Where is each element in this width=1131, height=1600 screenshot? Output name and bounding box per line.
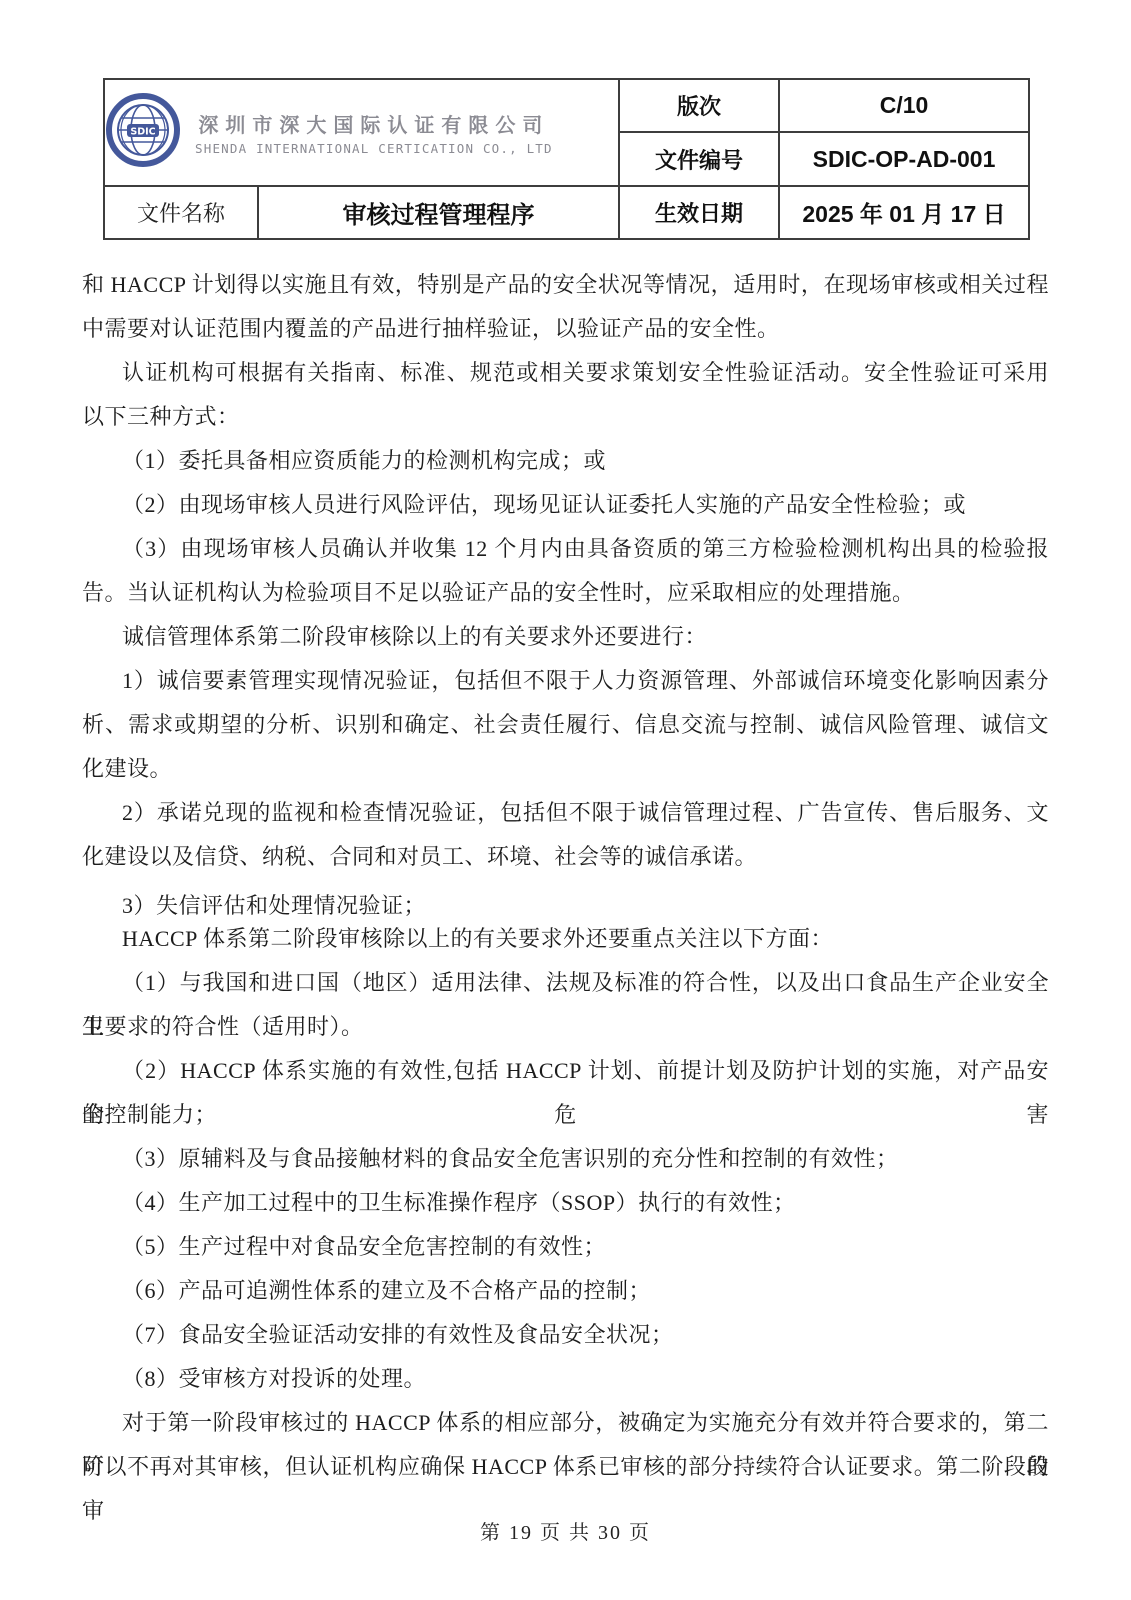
body-line: （1）与我国和进口国（地区）适用法律、法规及标准的符合性，以及出口食品生产企业安… bbox=[82, 961, 1049, 1005]
body-line: 告。当认证机构认为检验项目不足以验证产品的安全性时，应采取相应的处理措施。 bbox=[82, 571, 1049, 615]
doc-no-label: 文件编号 bbox=[619, 132, 779, 186]
body-line: （8）受审核方对投诉的处理。 bbox=[82, 1357, 1049, 1401]
body-line: 对于第一阶段审核过的 HACCP 体系的相应部分，被确定为实施充分有效并符合要求… bbox=[82, 1401, 1049, 1445]
header-table: SDIC 深圳市深大国际认证有限公司 SHENDA INTERNATIONAL … bbox=[103, 78, 1030, 240]
body-line: 以下三种方式： bbox=[82, 395, 1049, 439]
body-line: 生要求的符合性（适用时）。 bbox=[82, 1005, 1049, 1049]
body-line: 中需要对认证范围内覆盖的产品进行抽样验证，以验证产品的安全性。 bbox=[82, 307, 1049, 351]
company-name-cn: 深圳市深大国际认证有限公司 bbox=[195, 109, 553, 138]
body-line: （5）生产过程中对食品安全危害控制的有效性； bbox=[82, 1225, 1049, 1269]
body-line: 可以不再对其审核，但认证机构应确保 HACCP 体系已审核的部分持续符合认证要求… bbox=[82, 1445, 1049, 1489]
body-line: 1）诚信要素管理实现情况验证，包括但不限于人力资源管理、外部诚信环境变化影响因素… bbox=[82, 659, 1049, 703]
body-line: 诚信管理体系第二阶段审核除以上的有关要求外还要进行： bbox=[82, 615, 1049, 659]
doc-name-label: 文件名称 bbox=[104, 186, 258, 239]
body-line: （2）HACCP 体系实施的有效性,包括 HACCP 计划、前提计划及防护计划的… bbox=[82, 1049, 1049, 1093]
body-line: 析、需求或期望的分析、识别和确定、社会责任履行、信息交流与控制、诚信风险管理、诚… bbox=[82, 703, 1049, 747]
company-name-en: SHENDA INTERNATIONAL CERTICATION CO., LT… bbox=[195, 141, 553, 156]
body-line: 和 HACCP 计划得以实施且有效，特别是产品的安全状况等情况，适用时，在现场审… bbox=[82, 263, 1049, 307]
date-label: 生效日期 bbox=[619, 186, 779, 239]
logo-cell: SDIC 深圳市深大国际认证有限公司 SHENDA INTERNATIONAL … bbox=[104, 79, 619, 186]
body-line: （4）生产加工过程中的卫生标准操作程序（SSOP）执行的有效性； bbox=[82, 1181, 1049, 1225]
version-value: C/10 bbox=[779, 79, 1029, 132]
body-line: （1）委托具备相应资质能力的检测机构完成；或 bbox=[82, 439, 1049, 483]
date-value: 2025 年 01 月 17 日 bbox=[779, 186, 1029, 239]
body-line: （3）原辅料及与食品接触材料的食品安全危害识别的充分性和控制的有效性； bbox=[82, 1137, 1049, 1181]
version-label: 版次 bbox=[619, 79, 779, 132]
page-footer: 第 19 页 共 30 页 bbox=[0, 1516, 1131, 1545]
body-line: 认证机构可根据有关指南、标准、规范或相关要求策划安全性验证活动。安全性验证可采用 bbox=[82, 351, 1049, 395]
body-line: （2）由现场审核人员进行风险评估，现场见证认证委托人实施的产品安全性检验；或 bbox=[82, 483, 1049, 527]
body-line: （6）产品可追溯性体系的建立及不合格产品的控制； bbox=[82, 1269, 1049, 1313]
body-text: 和 HACCP 计划得以实施且有效，特别是产品的安全状况等情况，适用时，在现场审… bbox=[82, 263, 1049, 1489]
company-emblem-icon: SDIC bbox=[105, 92, 181, 173]
emblem-sdic-text: SDIC bbox=[130, 127, 155, 138]
body-line: 化建设以及信贷、纳税、合同和对员工、环境、社会等的诚信承诺。 bbox=[82, 835, 1049, 879]
doc-no-value: SDIC-OP-AD-001 bbox=[779, 132, 1029, 186]
body-line: （7）食品安全验证活动安排的有效性及食品安全状况； bbox=[82, 1313, 1049, 1357]
body-line: 化建设。 bbox=[82, 747, 1049, 791]
doc-name-value: 审核过程管理程序 bbox=[258, 186, 619, 239]
body-line: （3）由现场审核人员确认并收集 12 个月内由具备资质的第三方检验检测机构出具的… bbox=[82, 527, 1049, 571]
body-line: HACCP 体系第二阶段审核除以上的有关要求外还要重点关注以下方面： bbox=[82, 917, 1049, 961]
body-line: 2）承诺兑现的监视和检查情况验证，包括但不限于诚信管理过程、广告宣传、售后服务、… bbox=[82, 791, 1049, 835]
document-page: SDIC 深圳市深大国际认证有限公司 SHENDA INTERNATIONAL … bbox=[0, 0, 1131, 1600]
